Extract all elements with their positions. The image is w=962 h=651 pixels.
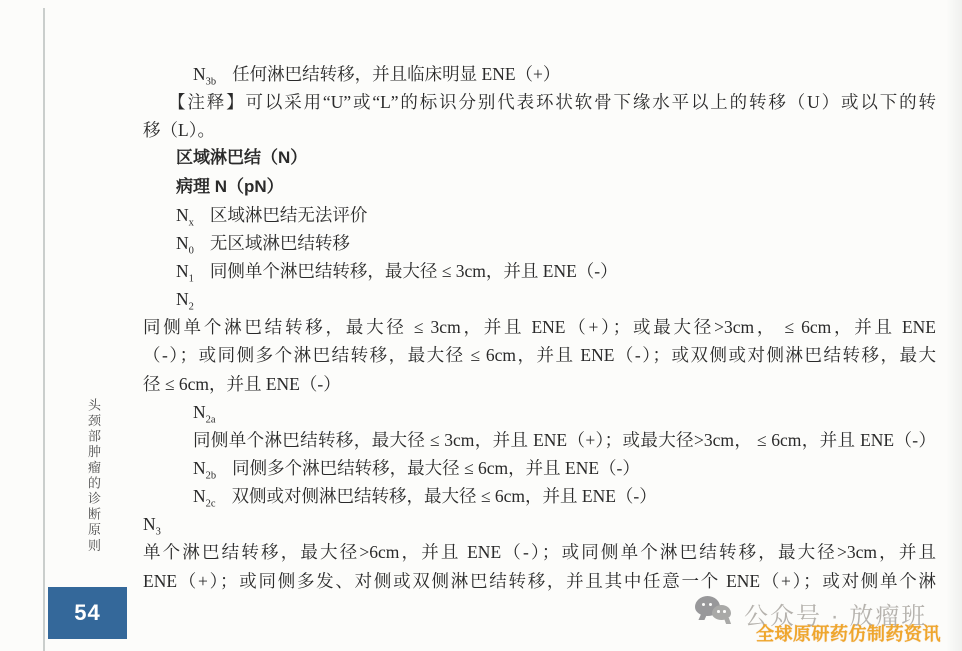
text-line: 移（L）。	[143, 116, 936, 144]
text-line: N3	[143, 510, 936, 538]
wechat-bubble-eye	[709, 603, 712, 606]
n-stage-label: N2	[176, 289, 194, 309]
wechat-bubble-small-tail	[724, 618, 731, 624]
text-line: N0无区域淋巴结转移	[143, 229, 936, 257]
n-stage-label: Nx	[176, 205, 194, 225]
text-line: Nx区域淋巴结无法评价	[143, 201, 936, 229]
scanned-book-page: { "sidebar": { "vertical_title": "头颈部肿瘤的…	[0, 0, 962, 651]
line-text: 单个淋巴结转移，最大径>6cm，并且 ENE（-）；或同侧单个淋巴结转移，最大径…	[143, 542, 936, 562]
text-line: N2	[143, 285, 936, 313]
text-line: 同侧单个淋巴结转移，最大径 ≤ 3cm，并且 ENE（+）；或最大径>3cm， …	[143, 313, 936, 341]
line-text: 同侧单个淋巴结转移，最大径 ≤ 3cm，并且 ENE（+）；或最大径>3cm， …	[143, 317, 936, 337]
n-stage-label: N0	[176, 233, 194, 253]
text-line: ENE（+）；或同侧多发、对侧或双侧淋巴结转移，并且其中任意一个 ENE（+）；…	[143, 567, 936, 595]
wechat-bubble-large-tail	[698, 613, 707, 620]
wechat-bubble-eye	[702, 603, 705, 606]
wechat-bubble-eye	[723, 610, 726, 613]
text-line: N2a	[143, 398, 936, 426]
line-text: ENE（+）；或同侧多发、对侧或双侧淋巴结转移，并且其中任意一个 ENE（+）；…	[143, 571, 936, 591]
spine-rule-line	[43, 8, 45, 651]
line-text: 任何淋巴结转移，并且临床明显 ENE（+）	[232, 64, 560, 84]
line-text: 区域淋巴结（N）	[176, 148, 307, 167]
n-stage-label: N1	[176, 261, 194, 281]
content-lines: N3b任何淋巴结转移，并且临床明显 ENE（+）【注释】可以采用“U”或“L”的…	[143, 60, 936, 595]
text-line: 径 ≤ 6cm，并且 ENE（-）	[143, 370, 936, 398]
text-line: N3b任何淋巴结转移，并且临床明显 ENE（+）	[143, 60, 936, 88]
page-number: 54	[74, 600, 100, 626]
main-text-block: N3b任何淋巴结转移，并且临床明显 ENE（+）【注释】可以采用“U”或“L”的…	[143, 60, 936, 595]
line-text: 移（L）。	[143, 120, 215, 140]
wechat-icon	[695, 596, 737, 628]
text-line: N2b同侧多个淋巴结转移，最大径 ≤ 6cm，并且 ENE（-）	[143, 454, 936, 482]
line-text: 区域淋巴结无法评价	[210, 205, 368, 225]
n-stage-label: N3b	[193, 64, 216, 84]
line-text: 无区域淋巴结转移	[210, 233, 350, 253]
n-stage-label: N3	[143, 514, 161, 534]
text-line: （-）；或同侧多个淋巴结转移，最大径 ≤ 6cm，并且 ENE（-）；或双侧或对…	[143, 341, 936, 369]
line-text: 径 ≤ 6cm，并且 ENE（-）	[143, 374, 341, 394]
line-text: 【注释】可以采用“U”或“L”的标识分别代表环状软骨下缘水平以上的转移（U）或以…	[168, 92, 936, 112]
n-stage-label: N2b	[193, 458, 216, 478]
n-stage-label: N2c	[193, 486, 216, 506]
line-text: 同侧单个淋巴结转移，最大径 ≤ 3cm，并且 ENE（-）	[210, 261, 618, 281]
text-line: 区域淋巴结（N）	[143, 144, 936, 172]
line-text: 同侧单个淋巴结转移，最大径 ≤ 3cm，并且 ENE（+）；或最大径>3cm， …	[193, 430, 936, 450]
page-number-box: 54	[48, 587, 127, 639]
line-text: 同侧多个淋巴结转移，最大径 ≤ 6cm，并且 ENE（-）	[232, 458, 640, 478]
text-line: 同侧单个淋巴结转移，最大径 ≤ 3cm，并且 ENE（+）；或最大径>3cm， …	[143, 426, 936, 454]
line-text: 双侧或对侧淋巴结转移，最大径 ≤ 6cm，并且 ENE（-）	[232, 486, 657, 506]
watermark-orange-text: 全球原研药仿制药资讯	[756, 620, 941, 646]
text-line: 病理 N（pN）	[143, 173, 936, 201]
n-stage-label: N2a	[193, 402, 216, 422]
text-line: N1同侧单个淋巴结转移，最大径 ≤ 3cm，并且 ENE（-）	[143, 257, 936, 285]
line-text: （-）；或同侧多个淋巴结转移，最大径 ≤ 6cm，并且 ENE（-）；或双侧或对…	[143, 345, 936, 365]
text-line: 单个淋巴结转移，最大径>6cm，并且 ENE（-）；或同侧单个淋巴结转移，最大径…	[143, 538, 936, 566]
line-text: 病理 N（pN）	[176, 177, 284, 196]
wechat-bubble-eye	[717, 610, 720, 613]
text-line: N2c双侧或对侧淋巴结转移，最大径 ≤ 6cm，并且 ENE（-）	[143, 482, 936, 510]
scan-edge-shadow	[946, 0, 962, 651]
text-line: 【注释】可以采用“U”或“L”的标识分别代表环状软骨下缘水平以上的转移（U）或以…	[143, 88, 936, 116]
vertical-spine-title: 头颈部肿瘤的诊断原则	[84, 398, 103, 554]
